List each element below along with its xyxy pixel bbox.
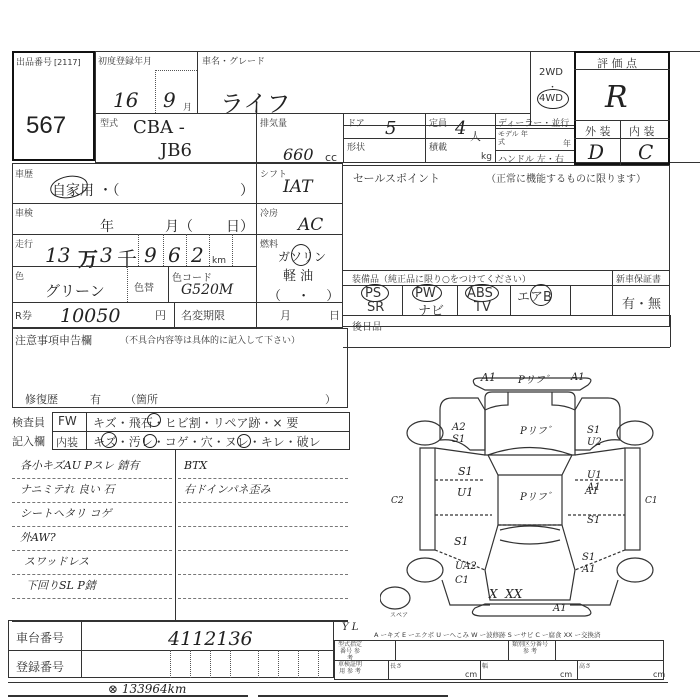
interior-scratch-circle xyxy=(101,432,117,448)
class-number-label: 類別区分番号 参 考 xyxy=(512,641,548,655)
repair-value: 有 xyxy=(90,391,101,407)
mark-left-rear-quarter: UA2 C1 xyxy=(455,560,483,588)
mark-rear-panel: X XX xyxy=(489,587,522,601)
displacement-value: 660 xyxy=(283,145,314,164)
notes-label: 注意事項申告欄 xyxy=(15,332,92,348)
mileage-digit-2: 6 xyxy=(168,243,181,267)
mark-right-sill: C1 xyxy=(645,496,658,506)
equip-sr[interactable]: SR xyxy=(367,300,384,315)
mileage-sen: 3 xyxy=(100,243,113,267)
mark-right-front-fender: S1 U2 xyxy=(587,425,605,449)
sales-point-frame xyxy=(343,165,670,327)
ac-label: 冷房 xyxy=(260,206,278,219)
capacity-value: 4 xyxy=(455,118,466,139)
ac-value: AC xyxy=(298,215,323,235)
equip-tv[interactable]: TV xyxy=(474,300,491,315)
later-items-label: 後日品 xyxy=(352,318,382,333)
car-name-label: 車名・グレード xyxy=(202,54,265,67)
repair-close: ） xyxy=(325,391,336,407)
chassis-value: 4112136 xyxy=(168,628,253,650)
repair-location: （箇所 xyxy=(125,391,158,407)
inspector-label-2: 記入欄 xyxy=(12,433,45,449)
handle-label: ハンドル 左・右 xyxy=(498,152,564,165)
lot-number: 567 xyxy=(26,112,66,140)
fw-stone-circle xyxy=(147,413,161,427)
inspector-label-1: 検査員 xyxy=(12,414,45,430)
inspection-month: 月（ xyxy=(165,216,193,236)
spare-label: スペア xyxy=(390,610,408,619)
remark-left-4: 外AW? xyxy=(12,527,172,551)
registration-month: 9 xyxy=(163,88,176,112)
plate-label: 登録番号 xyxy=(16,658,64,675)
recycle-label: R券 xyxy=(15,307,32,322)
length-label: 長さ xyxy=(390,661,402,670)
remark-left-3: シートヘタリ コゲ xyxy=(12,503,172,527)
history-close: ） xyxy=(240,180,254,200)
lot-label: 出品番号[2117] xyxy=(16,55,81,68)
drive-2wd[interactable]: 2WD xyxy=(539,67,563,78)
interior-row-label: 内装 xyxy=(56,434,78,450)
mark-left-front-door: S1 xyxy=(458,465,473,478)
width-unit: cm xyxy=(560,670,572,679)
sales-point-note: （正常に機能するものに限ります） xyxy=(486,170,646,185)
remark-right-2: 右ドインパネ歪み xyxy=(178,479,348,503)
damage-legend: A ーキズ E ーエクボ U ーへこみ W ー波修跡 S ーサビ C ー腐食 X… xyxy=(374,630,601,639)
mileage-digit-1: 9 xyxy=(144,243,157,267)
mark-left-sill: C2 xyxy=(391,496,404,506)
exterior-label: 外 装 xyxy=(585,123,611,139)
lot-code: [2117] xyxy=(54,58,81,67)
fuel-gasoline-circle xyxy=(291,244,311,266)
interior-items: キズ・汚レ・コゲ・穴・ヌレ・キレ・破レ xyxy=(93,433,321,450)
remark-left-1: 各小キズAU Pスレ 錆有 xyxy=(12,455,172,479)
doors-value: 5 xyxy=(385,118,396,139)
name-change-day: 日 xyxy=(329,307,340,323)
remark-left-2: ナニミテれ 良い 石 xyxy=(12,479,172,503)
footer-mileage-note: ⊗ 133964km xyxy=(108,682,186,696)
mileage-man: 13 xyxy=(45,243,70,267)
mark-front-bumper-left: A1 xyxy=(481,371,496,384)
recycle-value: 10050 xyxy=(60,305,120,327)
interior-score: C xyxy=(638,140,653,164)
length-unit: cm xyxy=(465,670,477,679)
color-label: 色 xyxy=(15,269,24,282)
mark-front-bumper-center: Pリフ゛ xyxy=(518,371,555,386)
warranty-value: 有・無 xyxy=(622,293,661,312)
fuel-diesel[interactable]: 軽 油 xyxy=(283,265,313,284)
fuel-label: 燃料 xyxy=(260,237,278,250)
color-code-value: G520M xyxy=(181,282,233,298)
model-year-unit: 年 xyxy=(563,138,571,149)
mileage-man-unit: 万 xyxy=(78,243,98,272)
chassis-label: 車台番号 xyxy=(16,629,64,646)
remark-right-3 xyxy=(178,503,348,527)
remark-right-1: BTX xyxy=(178,455,348,479)
doors-label: ドア xyxy=(347,116,365,129)
name-change-label: 名変期限 xyxy=(181,307,225,323)
height-label: 高さ xyxy=(579,661,591,670)
remark-left-6: 下回りSL P錆 xyxy=(12,575,172,599)
notes-hint: （不具合内容等は具体的に記入して下さい） xyxy=(120,333,300,346)
model-line2: JB6 xyxy=(160,140,192,161)
remark-right-6 xyxy=(178,575,348,599)
capacity-unit: 人 xyxy=(470,128,481,144)
model-label: 型式 xyxy=(100,116,118,129)
model-line1: CBA - xyxy=(133,117,185,138)
remark-left-5: スワッドレス xyxy=(12,551,172,575)
mileage-digit-3: 2 xyxy=(191,243,204,267)
remarks-left: 各小キズAU Pスレ 錆有 ナニミテれ 良い 石 シートヘタリ コゲ 外AW? … xyxy=(12,455,172,599)
history-label: 車歴 xyxy=(15,167,33,180)
color-change-label: 色替 xyxy=(134,279,154,294)
equip-airbag-circle xyxy=(530,284,552,306)
mark-right-rear-door: A1 xyxy=(585,486,599,497)
interior-label: 内 装 xyxy=(629,123,655,139)
mark-right-rear-door-lower: S1 xyxy=(587,515,600,526)
name-change-month: 月 xyxy=(280,307,291,323)
remark-right-4 xyxy=(178,527,348,551)
remarks-right: BTX 右ドインパネ歪み xyxy=(178,455,348,599)
displacement-label: 排気量 xyxy=(260,116,287,129)
dimensions-label: 車検証明用 参 考 xyxy=(337,661,363,675)
equip-navi[interactable]: ナビ xyxy=(418,300,444,319)
shift-value: IAT xyxy=(283,177,312,197)
mark-left-front-fender: A2 S1 xyxy=(452,422,470,446)
warranty-label: 新車保証書 xyxy=(616,272,661,285)
mileage-label: 走行 xyxy=(15,237,33,250)
exterior-score: D xyxy=(588,140,604,164)
model-year-label: モデル 年式 xyxy=(498,130,528,146)
score-value: R xyxy=(605,80,628,115)
fw-label: FW xyxy=(58,414,77,428)
legend-corner-mark: Y L xyxy=(342,622,358,633)
equipment-label: 装備品（純正品に限り○をつけてください） xyxy=(352,272,531,285)
inspection-day: 日） xyxy=(226,216,254,236)
width-label: 幅 xyxy=(482,661,488,670)
month-unit: 月 xyxy=(183,100,192,113)
mark-left-rear-fender: S1 xyxy=(454,535,469,548)
mark-hood: Pリフ゛ xyxy=(520,422,557,437)
inspection-year: 年 xyxy=(100,216,114,236)
load-unit: kg xyxy=(481,152,492,162)
fw-items: キズ・飛石・ヒビ割・リペア跡・× 要 xyxy=(93,414,298,431)
shape-label: 形状 xyxy=(347,140,365,153)
mark-left-rear-door: U1 xyxy=(457,486,473,499)
interior-stain-circle xyxy=(143,434,157,448)
inspection-label: 車検 xyxy=(15,206,33,219)
drive-4wd-circle xyxy=(537,89,569,109)
interior-wet-circle xyxy=(237,434,251,448)
remarks-divider xyxy=(175,450,176,620)
type-number-label: 型式指定番号 参 考 xyxy=(337,641,363,662)
mark-roof: Pリフ゛ xyxy=(520,488,557,503)
mark-front-bumper-right: A1 xyxy=(571,372,585,383)
mileage-unit: km xyxy=(212,256,226,266)
mark-rear-bumper: A1 xyxy=(553,603,567,614)
registration-year: 16 xyxy=(113,88,138,112)
mark-right-rear-quarter: S1 A1 xyxy=(582,552,602,576)
load-label: 積載 xyxy=(429,140,447,153)
remark-right-5 xyxy=(178,551,348,575)
sales-point-label: セールスポイント xyxy=(353,170,440,186)
capacity-label: 定員 xyxy=(429,116,447,129)
color-value: グリーン xyxy=(45,280,105,301)
repair-label: 修復歴 xyxy=(25,391,58,407)
registration-label: 初度登録年月 xyxy=(98,54,152,67)
recycle-unit: 円 xyxy=(155,307,166,323)
height-unit: cm xyxy=(653,670,665,679)
lot-label-text: 出品番号 xyxy=(16,58,52,68)
